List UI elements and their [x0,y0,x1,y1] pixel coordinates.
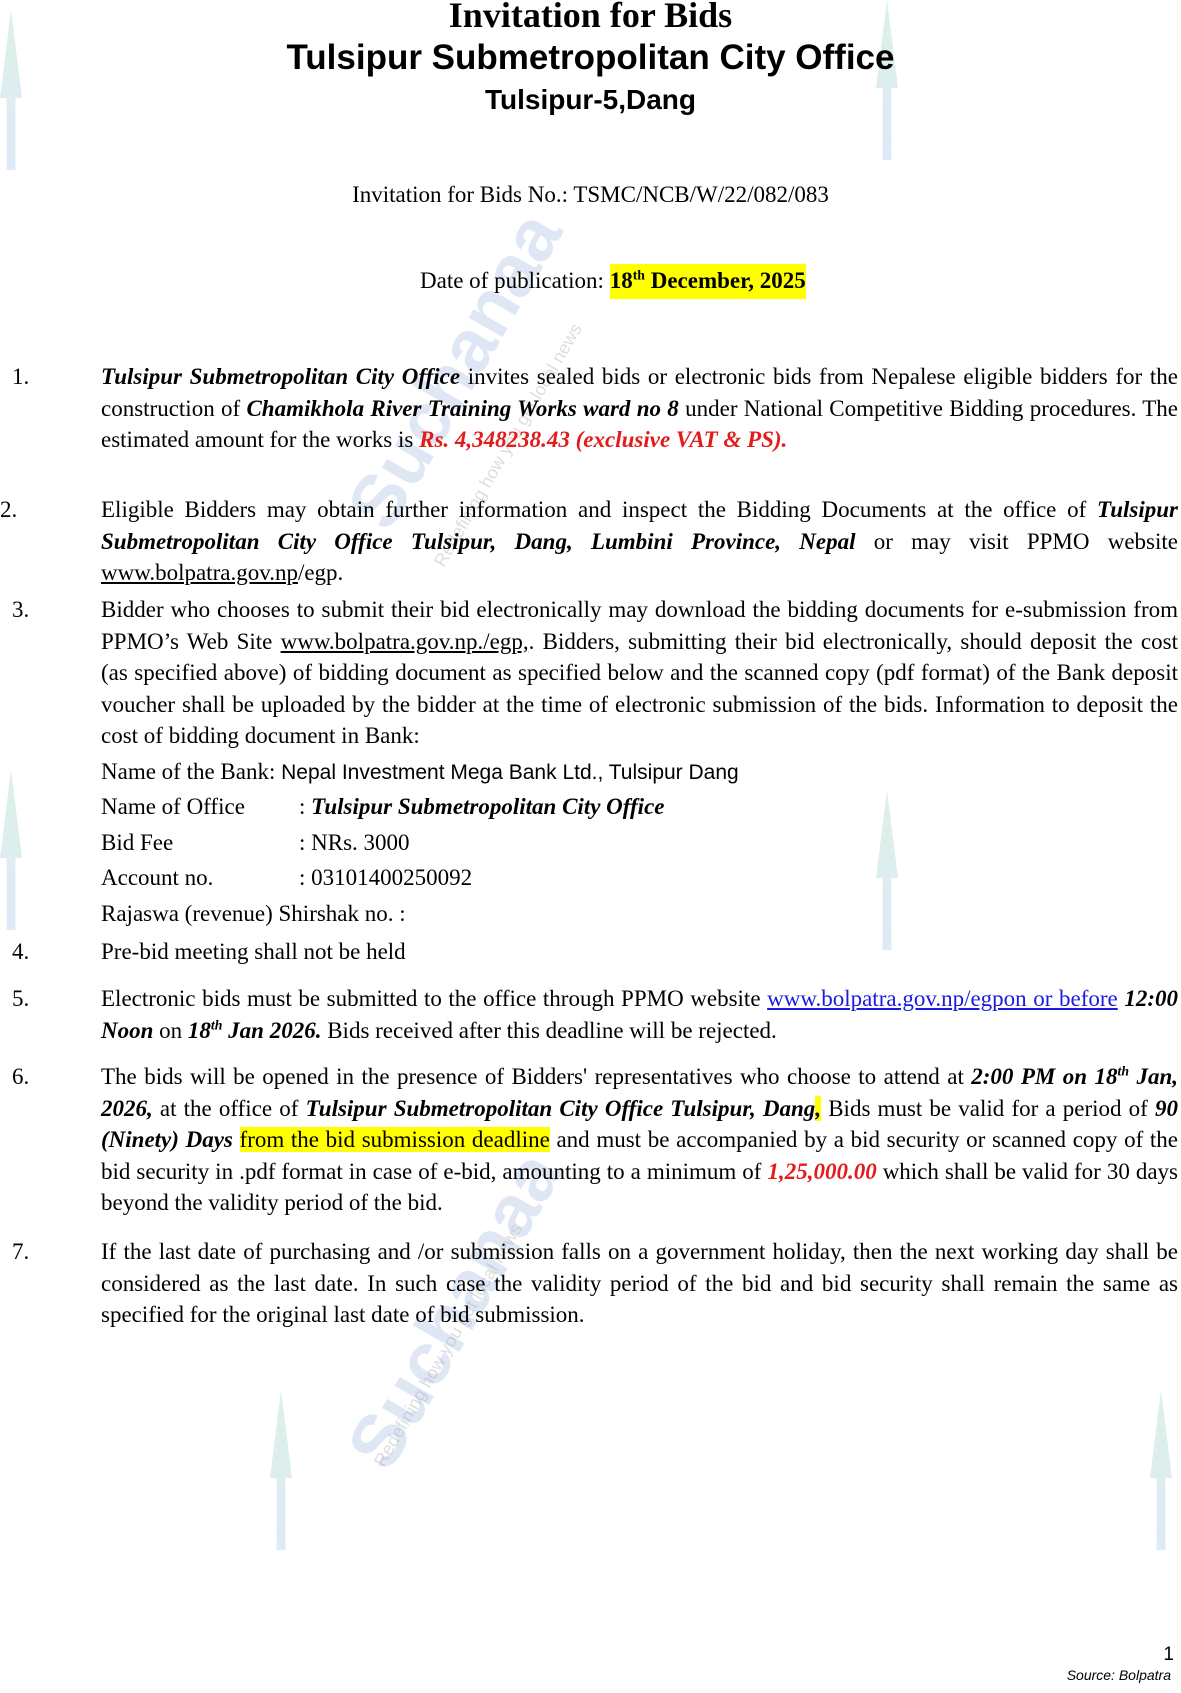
bank-name-row: Name of the Bank: Nepal Investment Mega … [101,754,1178,790]
document-title: Invitation for Bids [0,0,1181,36]
highlighted-text: from the bid submission deadline [240,1127,550,1152]
account-number-row: Account no.: 03101400250092 [101,860,1178,896]
bolpatra-link[interactable]: www.bolpatra.gov.np/egpon or before [767,986,1118,1011]
watermark-arrow-icon [0,770,22,930]
watermark-arrow-icon [270,1390,292,1550]
clause-number: 7. [12,1236,29,1268]
revenue-row: Rajaswa (revenue) Shirshak no. : [101,896,1178,932]
clause-number: 6. [12,1061,29,1093]
source-note: Source: Bolpatra [1067,1667,1171,1683]
clause-text: The bids will be opened in the presence … [101,1061,1178,1219]
estimated-amount: Rs. 4,348238.43 (exclusive VAT & PS). [419,427,787,452]
clause-text: Pre-bid meeting shall not be held [101,936,1178,968]
bolpatra-link[interactable]: www.bolpatra.gov.np [101,560,298,585]
watermark-arrow-icon [1150,1390,1172,1550]
ifb-label: Invitation for Bids No.: [352,182,573,207]
clause-text: Tulsipur Submetropolitan City Office inv… [101,361,1178,456]
clause-text: If the last date of purchasing and /or s… [101,1236,1178,1331]
publication-date-line: Date of publication: 18th December, 2025 [420,268,806,294]
clause-number: 5. [12,983,29,1015]
ifb-number-line: Invitation for Bids No.: TSMC/NCB/W/22/0… [0,182,1181,208]
clause-text: Eligible Bidders may obtain further info… [101,494,1178,589]
organization-name: Tulsipur Submetropolitan City Office [0,38,1181,78]
clause-text: Bidder who chooses to submit their bid e… [101,594,1178,931]
bid-fee-row: Bid Fee: NRs. 3000 [101,825,1178,861]
clause-text: Electronic bids must be submitted to the… [101,983,1178,1046]
ifb-number: TSMC/NCB/W/22/082/083 [573,182,829,207]
page-number: 1 [1163,1644,1174,1666]
office-name-row: Name of Office: Tulsipur Submetropolitan… [101,789,1178,825]
clause-number: 3. [12,594,29,626]
organization-address: Tulsipur-5,Dang [0,84,1181,116]
publication-date: 18th December, 2025 [610,264,806,299]
publication-label: Date of publication: [420,268,610,293]
clause-number: 4. [12,936,29,968]
bid-security-amount: 1,25,000.00 [767,1159,876,1184]
clause-number: 1. [12,361,29,393]
clause-number: 2. [0,494,17,526]
bolpatra-link[interactable]: www.bolpatra.gov.np./egp, [281,629,529,654]
